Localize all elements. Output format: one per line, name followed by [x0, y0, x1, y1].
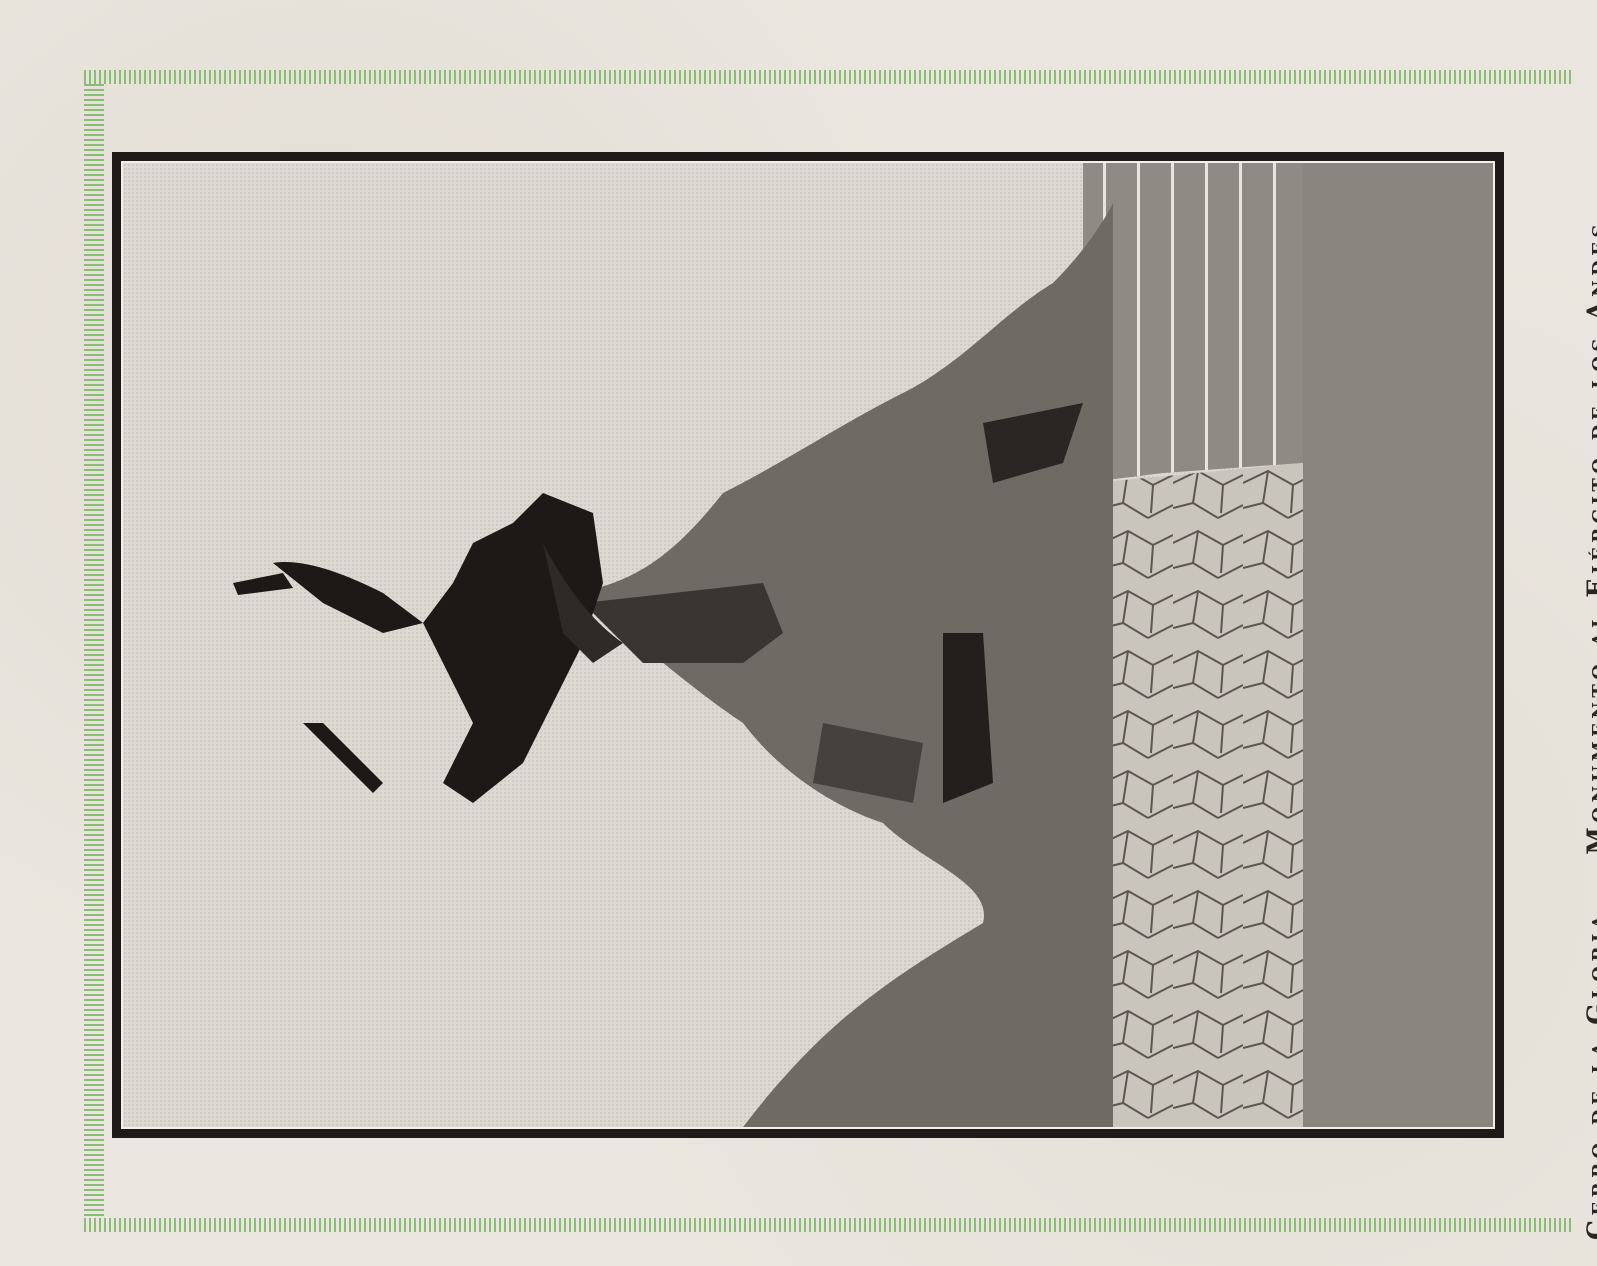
decorative-border-bottom: [84, 1218, 1574, 1232]
monument-photo-illustration: [123, 163, 1493, 1127]
photo-caption: Cerro de la Gloria.— Monumento al Ejérci…: [1582, 120, 1597, 1240]
monument-photograph: [121, 161, 1495, 1129]
photo-plate-frame: [112, 152, 1504, 1138]
decorative-border-top: [84, 70, 1574, 84]
decorative-border-left: [84, 84, 104, 1218]
